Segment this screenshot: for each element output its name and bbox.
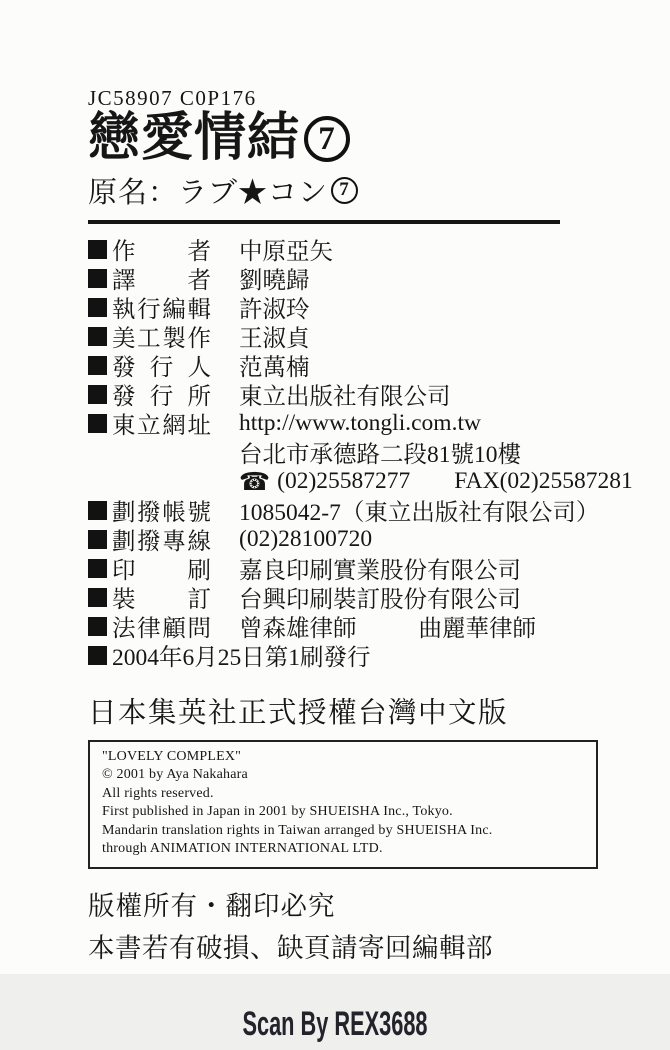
square-bullet-icon: [88, 617, 107, 636]
credit-row-publisher-person: 發行人 范萬楠: [88, 351, 670, 380]
credit-row-printer: 印刷 嘉良印刷實業股份有限公司: [88, 554, 670, 583]
copyright-box: "LOVELY COMPLEX" © 2001 by Aya Nakahara …: [88, 740, 598, 869]
credit-row-website: 東立網址 http://www.tongli.com.tw: [88, 409, 670, 438]
book-title-row: 戀愛情結 7: [88, 112, 670, 167]
license-notice: 日本集英社正式授權台灣中文版: [88, 690, 670, 731]
square-bullet-icon: [88, 240, 107, 259]
square-bullet-icon: [88, 414, 107, 433]
credit-value: (02)28100720: [239, 526, 372, 553]
issue-date: 2004年6月25日第1刷發行: [112, 638, 371, 672]
rights-reserved-notice: 版權所有・翻印必究: [88, 884, 670, 923]
scanner-credit: Scan By REX3688: [121, 1005, 550, 1044]
credit-value: 1085042-7（東立出版社有限公司）: [239, 493, 599, 527]
copyright-line-mandarin-rights: Mandarin translation rights in Taiwan ar…: [102, 822, 588, 841]
credit-row-issue-date: 2004年6月25日第1刷發行: [88, 641, 670, 670]
circled-volume-number: 7: [304, 116, 350, 162]
square-bullet-icon: [88, 501, 107, 520]
page-content: JC58907 C0P176 戀愛情結 7 原名：ラブ★コン 7 作者 中原亞矢…: [0, 0, 670, 1050]
original-title-row: 原名：ラブ★コン 7: [88, 170, 670, 211]
square-bullet-icon: [88, 588, 107, 607]
credit-value: 東立出版社有限公司: [239, 377, 451, 411]
credit-row-author: 作者 中原亞矢: [88, 235, 670, 264]
copyright-line-first-published: First published in Japan in 2001 by SHUE…: [102, 803, 588, 822]
publisher-phone-row: ☎ (02)25587277 FAX(02)25587281: [239, 467, 670, 496]
square-bullet-icon: [88, 385, 107, 404]
credit-row-publisher-company: 發行所 東立出版社有限公司: [88, 380, 670, 409]
credit-row-translator: 譯者 劉曉歸: [88, 264, 670, 293]
credit-row-art: 美工製作 王淑貞: [88, 322, 670, 351]
credit-row-binding: 裝訂 台興印刷裝訂股份有限公司: [88, 583, 670, 612]
divider-rule: [88, 220, 560, 224]
copyright-line-through: through ANIMATION INTERNATIONAL LTD.: [102, 840, 588, 859]
catalog-code: JC58907 C0P176: [88, 86, 670, 111]
copyright-line-author: © 2001 by Aya Nakahara: [102, 766, 588, 785]
phone-number: (02)25587277: [277, 468, 410, 495]
fax-number: FAX(02)25587281: [454, 468, 632, 495]
square-bullet-icon: [88, 356, 107, 375]
damaged-copy-notice: 本書若有破損、缺頁請寄回編輯部: [88, 926, 670, 965]
book-title: 戀愛情結: [88, 112, 300, 167]
credits-list: 作者 中原亞矢 譯者 劉曉歸 執行編輯 許淑玲 美工製作 王淑貞 發行人: [88, 235, 670, 670]
square-bullet-icon: [88, 646, 107, 665]
circled-volume-number-small: 7: [331, 177, 358, 204]
credit-row-editor: 執行編輯 許淑玲: [88, 293, 670, 322]
square-bullet-icon: [88, 530, 107, 549]
publisher-address: 台北市承德路二段81號10樓: [239, 435, 521, 469]
square-bullet-icon: [88, 269, 107, 288]
original-title: 原名：ラブ★コン: [88, 170, 328, 211]
square-bullet-icon: [88, 327, 107, 346]
publisher-address-row: 台北市承德路二段81號10樓: [239, 438, 670, 467]
credit-label: 東立網址: [112, 406, 211, 440]
square-bullet-icon: [88, 298, 107, 317]
credit-row-legal: 法律顧問 曾森雄律師 曲麗華律師: [88, 612, 670, 641]
square-bullet-icon: [88, 559, 107, 578]
publisher-url: http://www.tongli.com.tw: [239, 410, 481, 437]
lawyer-name-2: 曲麗華律師: [419, 609, 537, 643]
colophon-page: JC58907 C0P176 戀愛情結 7 原名：ラブ★コン 7 作者 中原亞矢…: [0, 0, 670, 1050]
telephone-icon: ☎: [239, 469, 270, 494]
credit-row-postal-account: 劃撥帳號 1085042-7（東立出版社有限公司）: [88, 496, 670, 525]
credit-row-postal-line: 劃撥專線 (02)28100720: [88, 525, 670, 554]
copyright-line-title: "LOVELY COMPLEX": [102, 748, 588, 767]
copyright-line-rights: All rights reserved.: [102, 785, 588, 804]
